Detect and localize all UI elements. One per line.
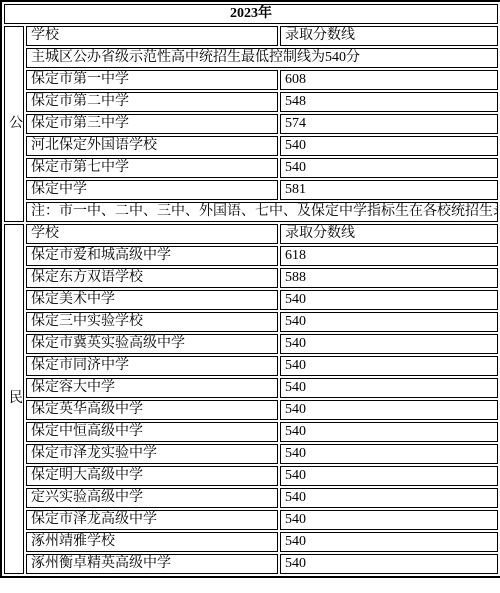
score-cell: 540 [280,444,498,464]
table-row: 保定市第二中学 548 [4,92,498,112]
note-row: 注：市一中、二中、三中、外国语、七中、及保定中学指标生在各校统招生录取分数线下5… [4,202,498,222]
table-row: 涿州衡卓精英高级中学 540 [4,554,498,574]
school-cell: 保定明大高级中学 [26,466,278,486]
table-row: 保定市第一中学 608 [4,70,498,90]
column-header-score: 录取分数线 [280,26,498,46]
table-row: 保定容大中学 540 [4,378,498,398]
score-cell: 574 [280,114,498,134]
school-cell: 保定市泽龙实验中学 [26,444,278,464]
score-cell: 540 [280,510,498,530]
school-cell: 保定市冀英实验高级中学 [26,334,278,354]
school-cell: 保定市第二中学 [26,92,278,112]
column-header-school: 学校 [26,26,278,46]
control-line-row: 主城区公办省级示范性高中统招生最低控制线为540分 [4,48,498,68]
table-row: 保定三中实验学校 540 [4,312,498,332]
table-row: 保定中学 581 [4,180,498,200]
section-private-label: 民办 [4,224,24,574]
school-cell: 定兴实验高级中学 [26,488,278,508]
table-row: 保定英华高级中学 540 [4,400,498,420]
school-cell: 保定美术中学 [26,290,278,310]
table-row: 保定美术中学 540 [4,290,498,310]
score-cell: 540 [280,554,498,574]
table-row: 保定东方双语学校 588 [4,268,498,288]
score-cell: 540 [280,422,498,442]
score-cell: 540 [280,488,498,508]
table-row: 民办 学校 录取分数线 [4,224,498,244]
school-cell: 河北保定外国语学校 [26,136,278,156]
score-cell: 540 [280,334,498,354]
table-row: 保定市同济中学 540 [4,356,498,376]
school-cell: 保定市第三中学 [26,114,278,134]
score-cell: 540 [280,290,498,310]
score-cell: 540 [280,136,498,156]
school-cell: 保定市第一中学 [26,70,278,90]
public-note: 注：市一中、二中、三中、外国语、七中、及保定中学指标生在各校统招生录取分数线下5… [26,202,498,222]
score-cell: 540 [280,356,498,376]
table-row: 定兴实验高级中学 540 [4,488,498,508]
score-cell: 540 [280,532,498,552]
score-cell: 548 [280,92,498,112]
column-header-score: 录取分数线 [280,224,498,244]
table-row: 保定市爱和城高级中学 618 [4,246,498,266]
school-cell: 保定市第七中学 [26,158,278,178]
school-cell: 保定市泽龙高级中学 [26,510,278,530]
control-line-note: 主城区公办省级示范性高中统招生最低控制线为540分 [26,48,498,68]
school-cell: 保定三中实验学校 [26,312,278,332]
year-title: 2023年 [4,4,498,24]
score-cell: 540 [280,378,498,398]
table-row: 公办 学校 录取分数线 [4,26,498,46]
column-header-school: 学校 [26,224,278,244]
score-cell: 618 [280,246,498,266]
year-banner-row: 2023年 [4,4,498,24]
admission-score-table: 2023年 公办 学校 录取分数线 主城区公办省级示范性高中统招生最低控制线为5… [0,0,500,578]
table-row: 保定市泽龙实验中学 540 [4,444,498,464]
score-cell: 540 [280,158,498,178]
table-row: 保定中恒高级中学 540 [4,422,498,442]
school-cell: 涿州衡卓精英高级中学 [26,554,278,574]
score-cell: 540 [280,400,498,420]
score-cell: 581 [280,180,498,200]
score-cell: 540 [280,466,498,486]
school-cell: 保定东方双语学校 [26,268,278,288]
score-cell: 588 [280,268,498,288]
school-cell: 保定容大中学 [26,378,278,398]
school-cell: 保定英华高级中学 [26,400,278,420]
school-cell: 保定中恒高级中学 [26,422,278,442]
score-cell: 608 [280,70,498,90]
table-row: 保定市第三中学 574 [4,114,498,134]
school-cell: 保定市爱和城高级中学 [26,246,278,266]
table-row: 保定市冀英实验高级中学 540 [4,334,498,354]
table-row: 保定市泽龙高级中学 540 [4,510,498,530]
table-row: 保定市第七中学 540 [4,158,498,178]
table-row: 涿州靖雅学校 540 [4,532,498,552]
school-cell: 涿州靖雅学校 [26,532,278,552]
school-cell: 保定市同济中学 [26,356,278,376]
score-cell: 540 [280,312,498,332]
table-row: 河北保定外国语学校 540 [4,136,498,156]
school-cell: 保定中学 [26,180,278,200]
section-public-label: 公办 [4,26,24,222]
table-row: 保定明大高级中学 540 [4,466,498,486]
